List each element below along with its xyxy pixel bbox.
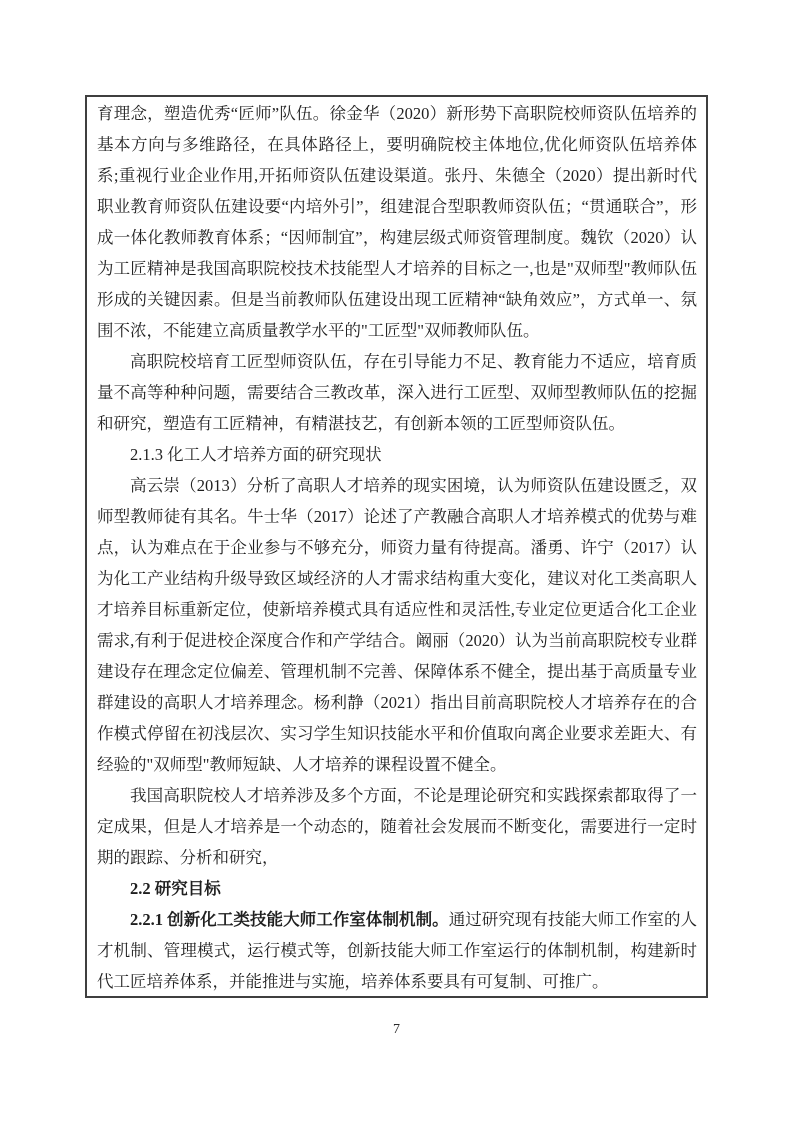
document-page: 育理念，塑造优秀“匠师”队伍。徐金华（2020）新形势下高职院校师资队伍培养的基…: [0, 0, 793, 1122]
paragraph-continuation: 育理念，塑造优秀“匠师”队伍。徐金华（2020）新形势下高职院校师资队伍培养的基…: [97, 98, 697, 346]
heading-2-1-3: 2.1.3 化工人才培养方面的研究现状: [97, 439, 697, 470]
page-number: 7: [0, 1022, 793, 1038]
paragraph-2-2-1: 2.2.1 创新化工类技能大师工作室体制机制。通过研究现有技能大师工作室的人才机…: [97, 904, 697, 997]
heading-2-2-1-lead: 2.2.1 创新化工类技能大师工作室体制机制。: [130, 910, 449, 929]
paragraph-craftsman-team: 高职院校培育工匠型师资队伍，存在引导能力不足、教育能力不适应，培育质量不高等种种…: [97, 346, 697, 439]
paragraph-chemical-talent: 高云崇（2013）分析了高职人才培养的现实困境，认为师资队伍建设匮乏，双师型教师…: [97, 470, 697, 780]
heading-2-2: 2.2 研究目标: [97, 873, 697, 904]
paragraph-summary: 我国高职院校人才培养涉及多个方面，不论是理论研究和实践探索都取得了一定成果，但是…: [97, 780, 697, 873]
text-border-frame: 育理念，塑造优秀“匠师”队伍。徐金华（2020）新形势下高职院校师资队伍培养的基…: [85, 95, 708, 998]
